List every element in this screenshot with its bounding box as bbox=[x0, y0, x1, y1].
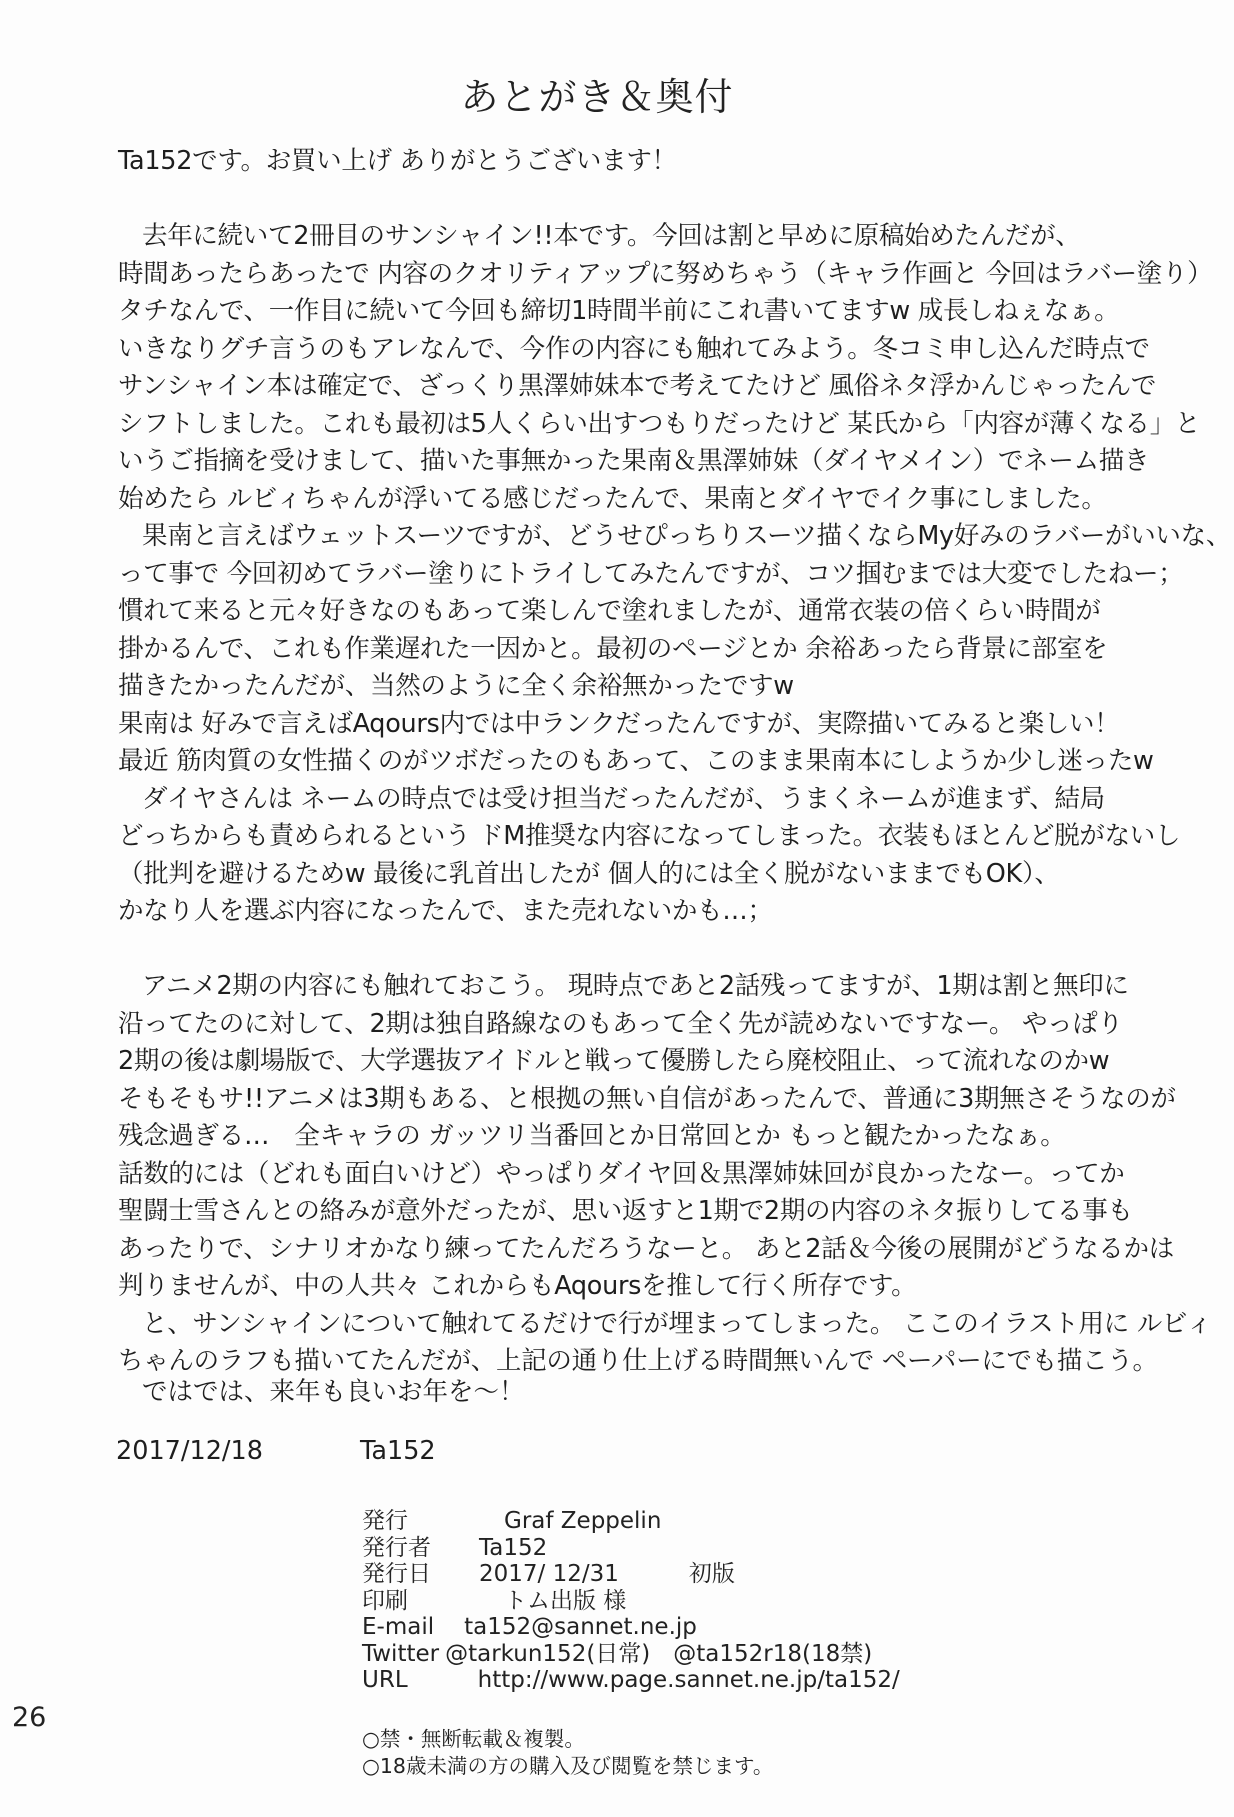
signature-author: Ta152 bbox=[360, 1436, 436, 1466]
colophon-value: Graf Zeppelin bbox=[504, 1508, 661, 1535]
body-line: 去年に続いて2冊目のサンシャイン!!本です。今回は割と早めに原稿始めたんだが、 bbox=[118, 218, 1138, 256]
body-line: と、サンシャインについて触れてるだけで行が埋まってしまった。 ここのイラスト用に… bbox=[118, 1306, 1138, 1344]
page-title: あとがき＆奥付 bbox=[0, 66, 1214, 121]
body-line: 果南は 好みで言えばAqours内では中ランクだったんですが、実際描いてみると楽… bbox=[118, 706, 1138, 744]
afterword-body: Ta152です。お買い上げ ありがとうございます！去年に続いて2冊目のサンシャイ… bbox=[118, 143, 1138, 1381]
colophon-row: 発行日2017/ 12/31初版 bbox=[362, 1561, 900, 1588]
colophon-label: 発行 bbox=[362, 1508, 408, 1535]
notice-age-restriction: ○18歳未満の方の購入及び閲覧を禁じます。 bbox=[362, 1753, 773, 1780]
body-line: 果南と言えばウェットスーツですが、どうせぴっちりスーツ描くならMy好みのラバーが… bbox=[118, 518, 1138, 556]
signature-date: 2017/12/18 bbox=[116, 1436, 360, 1466]
body-line: そもそもサ!!アニメは3期もある、と根拠の無い自信があったんで、普通に3期無さそ… bbox=[118, 1081, 1138, 1119]
body-line: 2期の後は劇場版で、大学選抜アイドルと戦って優勝したら廃校阻止、って流れなのかw bbox=[118, 1043, 1138, 1081]
body-line: って事で 今回初めてラバー塗りにトライしてみたんですが、コツ掴むまでは大変でした… bbox=[118, 556, 1138, 594]
page-number: 26 bbox=[12, 1702, 46, 1733]
closing-greeting: ではでは、来年も良いお年を～！ bbox=[142, 1372, 525, 1408]
body-line: 慣れて来ると元々好きなのもあって楽しんで塗れましたが、通常衣装の倍くらい時間が bbox=[118, 593, 1138, 631]
body-line: ダイヤさんは ネームの時点では受け担当だったんだが、うまくネームが進まず、結局 bbox=[118, 781, 1138, 819]
body-line: かなり人を選ぶ内容になったんで、また売れないかも…； bbox=[118, 893, 1138, 931]
colophon-value: http://www.page.sannet.ne.jp/ta152/ bbox=[478, 1667, 900, 1694]
notice-no-reproduction: ○禁・無断転載＆複製。 bbox=[362, 1726, 773, 1753]
colophon-value: ta152@sannet.ne.jp bbox=[464, 1614, 697, 1641]
body-line: タチなんで、一作目に続いて今回も締切1時間半前にこれ書いてますw 成長しねぇなぁ… bbox=[118, 293, 1138, 331]
body-line: 描きたかったんだが、当然のように全く余裕無かったですw bbox=[118, 668, 1138, 706]
body-line: アニメ2期の内容にも触れておこう。 現時点であと2話残ってますが、1期は割と無印… bbox=[118, 968, 1138, 1006]
colophon-row: URLhttp://www.page.sannet.ne.jp/ta152/ bbox=[362, 1667, 900, 1694]
body-line: いきなりグチ言うのもアレなんで、今作の内容にも触れてみよう。冬コミ申し込んだ時点… bbox=[118, 331, 1138, 369]
body-line: 最近 筋肉質の女性描くのがツボだったのもあって、このまま果南本にしようか少し迷っ… bbox=[118, 743, 1138, 781]
body-line: 始めたら ルビィちゃんが浮いてる感じだったんで、果南とダイヤでイク事にしました。 bbox=[118, 481, 1138, 519]
body-line: 残念過ぎる… 全キャラの ガッツリ当番回とか日常回とか もっと観たかったなぁ。 bbox=[118, 1118, 1138, 1156]
body-line: どっちからも責められるという ドM推奨な内容になってしまった。衣装もほとんど脱が… bbox=[118, 818, 1138, 856]
colophon: 発行Graf Zeppelin発行者Ta152発行日2017/ 12/31初版印… bbox=[362, 1508, 900, 1694]
body-line: 掛かるんで、これも作業遅れた一因かと。最初のページとか 余裕あったら背景に部室を bbox=[118, 631, 1138, 669]
body-line: 沿ってたのに対して、2期は独自路線なのもあって全く先が読めないですなー。 やっぱ… bbox=[118, 1006, 1138, 1044]
colophon-row: 発行Graf Zeppelin bbox=[362, 1508, 900, 1535]
body-line: 話数的には（どれも面白いけど）やっぱりダイヤ回＆黒澤姉妹回が良かったなー。ってか bbox=[118, 1156, 1138, 1194]
afterword-page: あとがき＆奥付 Ta152です。お買い上げ ありがとうございます！去年に続いて2… bbox=[0, 0, 1234, 1817]
colophon-value: 2017/ 12/31 bbox=[479, 1561, 619, 1588]
colophon-value: Ta152 bbox=[479, 1535, 547, 1562]
colophon-row: E-mailta152@sannet.ne.jp bbox=[362, 1614, 900, 1641]
legal-notices: ○禁・無断転載＆複製。 ○18歳未満の方の購入及び閲覧を禁じます。 bbox=[362, 1726, 773, 1780]
body-line: 判りませんが、中の人共々 これからもAqoursを推して行く所存です。 bbox=[118, 1268, 1138, 1306]
body-line: シフトしました。これも最初は5人くらい出すつもりだったけど 某氏から「内容が薄く… bbox=[118, 406, 1138, 444]
colophon-edition: 初版 bbox=[689, 1561, 735, 1588]
colophon-row: 印刷トム出版 様 bbox=[362, 1588, 900, 1615]
body-line: 聖闘士雪さんとの絡みが意外だったが、思い返すと1期で2期の内容のネタ振りしてる事… bbox=[118, 1193, 1138, 1231]
colophon-label: URL bbox=[362, 1667, 408, 1694]
paragraph-gap bbox=[118, 931, 1138, 969]
body-line: あったりで、シナリオかなり練ってたんだろうなーと。 あと2話＆今後の展開がどうな… bbox=[118, 1231, 1138, 1269]
body-line: サンシャイン本は確定で、ざっくり黒澤姉妹本で考えてたけど 風俗ネタ浮かんじゃった… bbox=[118, 368, 1138, 406]
colophon-label: Twitter bbox=[362, 1641, 439, 1668]
signature: 2017/12/18Ta152 bbox=[116, 1436, 436, 1466]
body-line: いうご指摘を受けまして、描いた事無かった果南＆黒澤姉妹（ダイヤメイン）でネーム描… bbox=[118, 443, 1138, 481]
colophon-row: Twitter@tarkun152(日常) @ta152r18(18禁) bbox=[362, 1641, 900, 1668]
paragraph-gap bbox=[118, 181, 1138, 219]
colophon-value: トム出版 様 bbox=[504, 1588, 626, 1615]
colophon-label: 発行日 bbox=[362, 1561, 431, 1588]
colophon-label: E-mail bbox=[362, 1614, 434, 1641]
colophon-row: 発行者Ta152 bbox=[362, 1535, 900, 1562]
colophon-value: @tarkun152(日常) @ta152r18(18禁) bbox=[445, 1641, 872, 1668]
body-line: 時間あったらあったで 内容のクオリティアップに努めちゃう（キャラ作画と 今回はラ… bbox=[118, 256, 1138, 294]
body-line: （批判を避けるためw 最後に乳首出したが 個人的には全く脱がないままでもOK）、 bbox=[118, 856, 1138, 894]
colophon-label: 印刷 bbox=[362, 1588, 408, 1615]
colophon-label: 発行者 bbox=[362, 1535, 431, 1562]
body-line: Ta152です。お買い上げ ありがとうございます！ bbox=[118, 143, 1138, 181]
